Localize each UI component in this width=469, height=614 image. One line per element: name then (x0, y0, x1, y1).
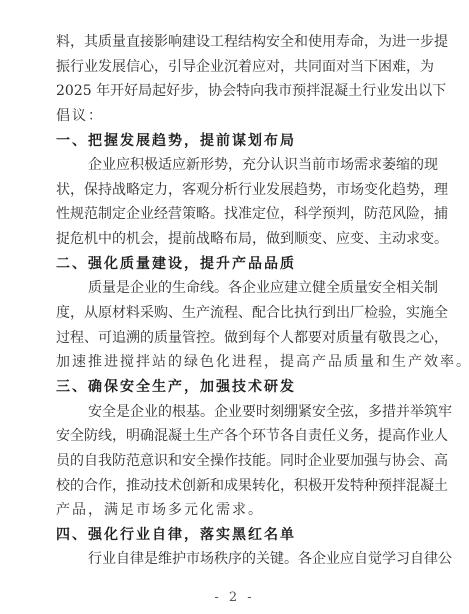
section-heading-4: 四、强化行业自律，落实黑红名单 (56, 523, 426, 548)
paragraph-line: 料，其质量直接影响建设工程结构安全和使用寿命，为进一步提 (56, 30, 426, 55)
paragraph-line: 2025 年开好局起好步，协会特向我市预拌混凝土行业发出以下 (56, 79, 426, 104)
page-number: - 2 - (0, 590, 469, 605)
paragraph-line: 度，从原材料采购、生产流程、配合比执行到出厂检验，实施全 (56, 301, 426, 326)
document-page: 料，其质量直接影响建设工程结构安全和使用寿命，为进一步提 振行业发展信心，引导企… (56, 30, 426, 572)
paragraph-line: 状，保持战略定力，客观分析行业发展趋势，市场变化趋势，理 (56, 178, 426, 203)
paragraph-line: 振行业发展信心，引导企业沉着应对，共同面对当下困难，为 (56, 55, 426, 80)
paragraph-line: 员的自我防范意识和安全操作技能。同时企业要加强与协会、高 (56, 449, 426, 474)
paragraph-line: 产品，满足市场多元化需求。 (56, 498, 426, 523)
section-heading-2: 二、强化质量建设，提升产品品质 (56, 252, 426, 277)
paragraph-line: 行业自律是维护市场秩序的关键。各企业应自觉学习自律公 (56, 547, 426, 572)
paragraph-line: 安全是企业的根基。企业要时刻绷紧安全弦，多措并举筑牢 (56, 400, 426, 425)
paragraph-line: 质量是企业的生命线。各企业应建立健全质量安全相关制 (56, 276, 426, 301)
paragraph-line: 校的合作，推动技术创新和成果转化，积极开发特种预拌混凝土 (56, 474, 426, 499)
paragraph-line: 性规范制定企业经营策略。找准定位，科学预判，防范风险，捕 (56, 202, 426, 227)
paragraph-line: 加速推进搅拌站的绿色化进程，提高产品质量和生产效率。 (56, 350, 426, 375)
section-heading-3: 三、确保安全生产，加强技术研发 (56, 375, 426, 400)
paragraph-line: 企业应积极适应新形势，充分认识当前市场需求萎缩的现 (56, 153, 426, 178)
paragraph-line: 倡议： (56, 104, 426, 129)
paragraph-line: 安全防线，明确混凝土生产各个环节各自责任义务，提高作业人 (56, 424, 426, 449)
paragraph-line: 过程、可追溯的质量管控。做到每个人都要对质量有敬畏之心， (56, 326, 426, 351)
section-heading-1: 一、把握发展趋势，提前谋划布局 (56, 129, 426, 154)
paragraph-line: 捉危机中的机会，提前战略布局，做到顺变、应变、主动求变。 (56, 227, 426, 252)
